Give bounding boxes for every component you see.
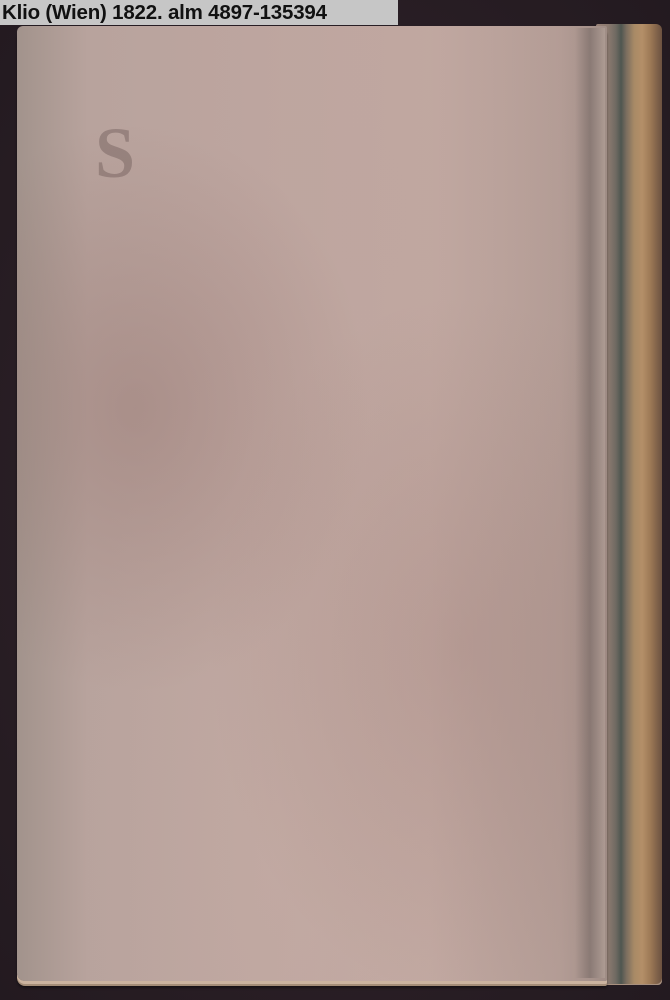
- faded-stamp-letter: S: [93, 118, 137, 188]
- caption-text: Klio (Wien) 1822. alm 4897-135394: [2, 1, 327, 25]
- caption-bar: Klio (Wien) 1822. alm 4897-135394: [0, 0, 398, 25]
- cover-worn-edge: [575, 28, 605, 978]
